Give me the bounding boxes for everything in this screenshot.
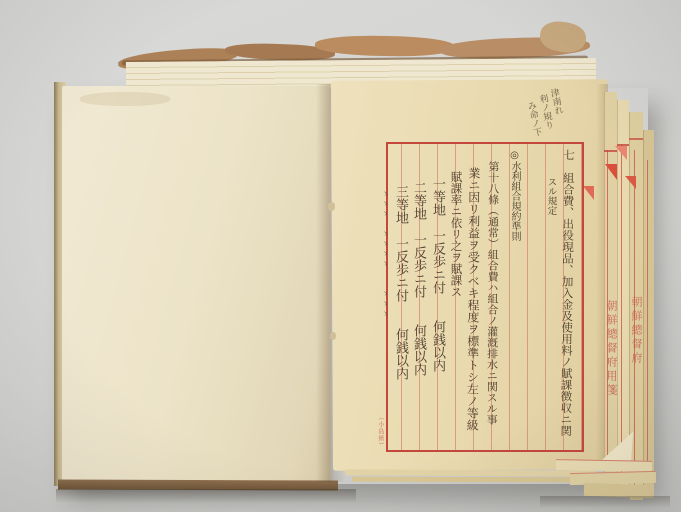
handwritten-column: 三等地 一反歩ニ付 何銭以内 xyxy=(394,185,407,405)
handwritten-column: 賦課率ニ依リ之ヲ賦課ス xyxy=(450,171,462,311)
bottom-right-shadow xyxy=(540,496,670,508)
stationer-corner-label: （小島紙） xyxy=(377,414,383,454)
gutter-tear xyxy=(328,202,335,211)
handwritten-column: ゝゝゝ ゝゝゝゝ ゝゝゝ xyxy=(378,188,388,398)
bottom-shadow xyxy=(56,489,356,503)
edge-red-rule xyxy=(647,160,648,475)
handwritten-column: ◎水利組合規約準則 xyxy=(509,150,519,250)
handwritten-column: 七 組合費、出役現品、加入金及使用料ノ賦課徴収ニ関 xyxy=(559,149,574,449)
handwritten-column: スル規定 xyxy=(546,177,556,237)
fore-edge-print-label: 朝鮮總督府用箋 xyxy=(606,300,617,465)
left-page-top-stain xyxy=(80,92,170,106)
handwritten-column: 二等地 一反歩ニ付 何銭以内 xyxy=(412,181,425,401)
handwritten-column: 第十八條（通常）組合費ハ組合ノ灌漑排水ニ関スル事 xyxy=(486,161,499,429)
sheet-bottom-corner xyxy=(556,459,652,472)
handwritten-column: 業ニ因リ利益ヲ受クベキ程度ヲ標準トシ左ノ等級 xyxy=(466,167,480,449)
edge-red-tick xyxy=(617,144,629,146)
photo-of-open-book: 朝鮮總督府用箋 朝鮮總督府 （小島紙） 津南れ 利ノ規り み命ノ下 七 組合費、… xyxy=(0,0,681,512)
blank-left-page xyxy=(62,86,330,482)
edge-red-rule xyxy=(621,144,622,474)
fore-edge-print-label: 朝鮮總督府 xyxy=(631,296,642,431)
gutter-tear xyxy=(330,332,336,340)
handwritten-column: 一等地 一反歩ニ付 何銭以内 xyxy=(431,177,444,397)
edge-red-tick xyxy=(629,138,643,140)
sheet-edge-strip xyxy=(643,130,654,490)
sheet-bottom-corner xyxy=(352,477,584,483)
edge-red-tick xyxy=(604,150,617,152)
torn-cover-edge xyxy=(315,35,455,57)
sheet-edge-strip xyxy=(617,100,629,492)
